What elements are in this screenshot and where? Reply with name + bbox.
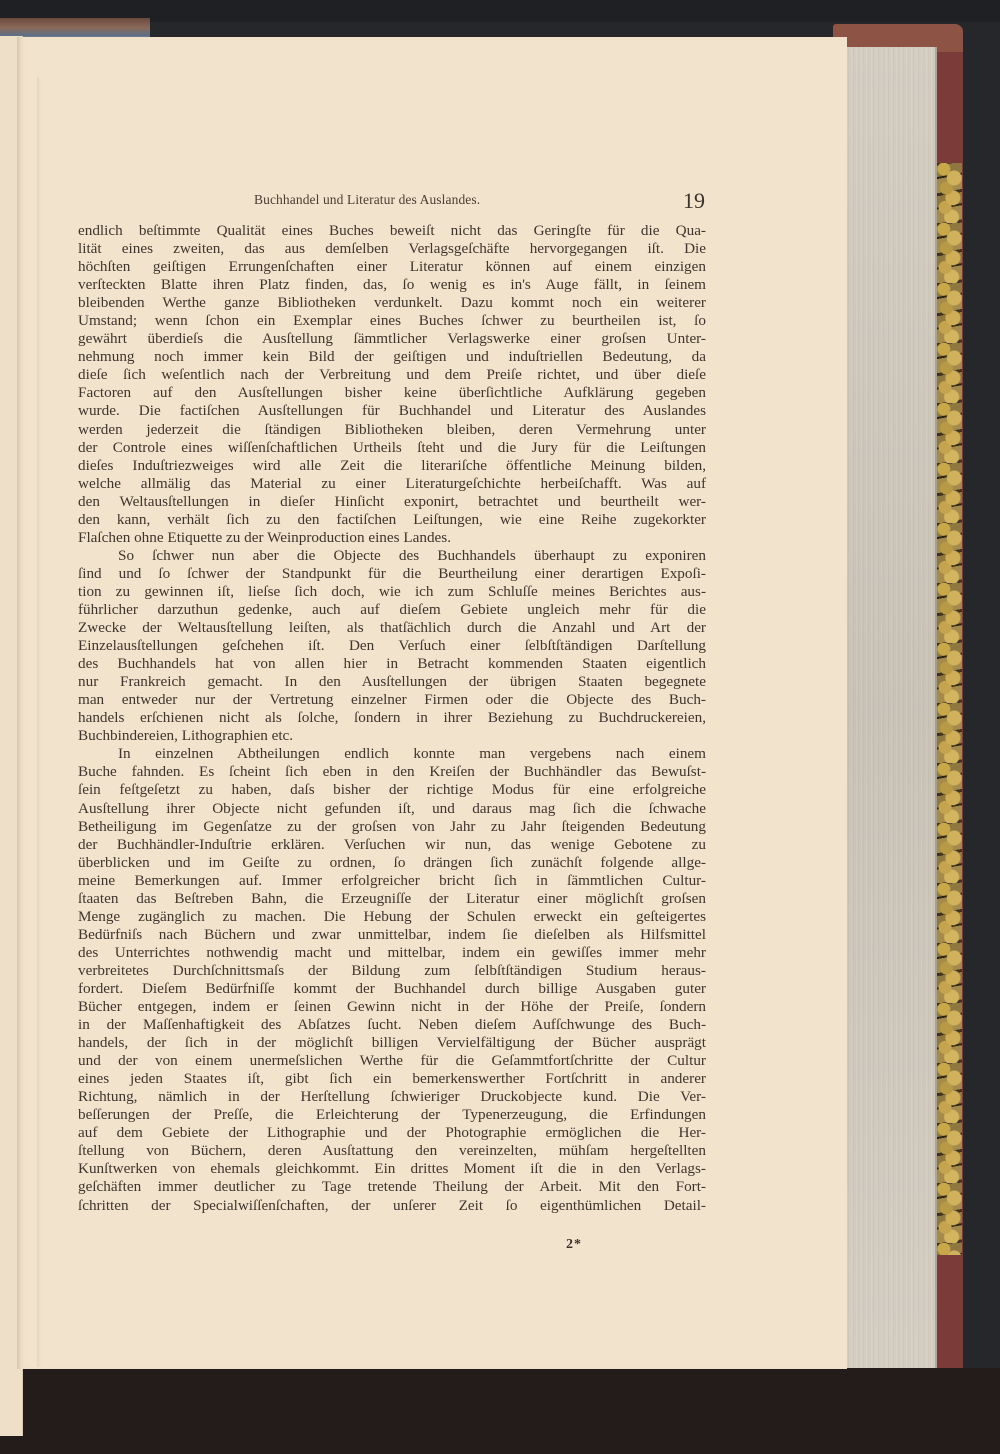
text-line: dieſe ſich weſentlich nach der Verbreitu… [78, 366, 706, 384]
scan-background-top [0, 0, 1000, 22]
text-line: ſind und ſo ſchwer der Standpunkt für di… [78, 565, 706, 583]
text-line: eines jeden Staates iſt, gibt ſich ein b… [78, 1070, 706, 1088]
text-line: höchſten geiſtigen Errungenſchaften eine… [78, 258, 706, 276]
text-line: beſſerungen der Preſſe, die Erleichterun… [78, 1106, 706, 1124]
text-line: des Unterrichtes nothwendig macht und mi… [78, 944, 706, 962]
text-line: Richtung, nämlich in der Herſtellung ſch… [78, 1088, 706, 1106]
paragraph: So ſchwer nun aber die Objecte des Buchh… [78, 547, 706, 746]
marbled-cover-paper [936, 163, 962, 1255]
text-line: So ſchwer nun aber die Objecte des Buchh… [78, 547, 706, 565]
text-line: in der Maſſenhaftigkeit des Abſatzes ſuc… [78, 1016, 706, 1034]
text-line: führlicher darzuthun gedenke, auch auf d… [78, 601, 706, 619]
text-line: werden jederzeit die ſtändigen Bibliothe… [78, 421, 706, 439]
text-line: dieſes Induſtriezweiges wird alle Zeit d… [78, 457, 706, 475]
text-line: Umstand; wenn ſchon ein Exemplar eines B… [78, 312, 706, 330]
text-line: überblicken und im Geiſte zu ordnen, ſo … [78, 854, 706, 872]
text-line: Bücher entgegen, indem er ſeinen Gewinn … [78, 998, 706, 1016]
text-line: des Buchhandels hat von allen hier in Be… [78, 655, 706, 673]
text-line: den Weltausſtellungen in dieſer Hinſicht… [78, 493, 706, 511]
running-head: Buchhandel und Literatur des Auslandes. [254, 192, 480, 208]
text-line: ſein feſtgeſetzt zu haben, daſs bisher d… [78, 781, 706, 799]
paragraph: endlich beſtimmte Qualität eines Buches … [78, 222, 706, 547]
text-line: welche allmälig das Material zu einer Li… [78, 475, 706, 493]
text-line: Flaſchen ohne Etiquette zu der Weinprodu… [78, 529, 706, 547]
text-line: lität eines zweiten, das aus demſelben V… [78, 240, 706, 258]
body-text: endlich beſtimmte Qualität eines Buches … [78, 222, 706, 1215]
text-line: Ausſtellung ihrer Objecte nicht gefunden… [78, 800, 706, 818]
page-number: 19 [683, 188, 705, 214]
signature-mark: 2* [566, 1237, 582, 1253]
text-line: tion zu gewinnen iſt, lieſse ſich doch, … [78, 583, 706, 601]
text-line: verſteckten Blatte ihren Platz finden, d… [78, 276, 706, 294]
text-line: Factoren auf den Ausſtellungen bisher ke… [78, 384, 706, 402]
text-line: gewährt überdieſs die Ausſtellung ſämmtl… [78, 330, 706, 348]
text-line: In einzelnen Abtheilungen endlich konnte… [78, 745, 706, 763]
text-line: ſtaaten das Beſtreben Bahn, die Erzeugni… [78, 890, 706, 908]
text-line: Betheiligung im Gegenſatze zu der groſse… [78, 818, 706, 836]
text-line: Einzelausſtellungen geſchehen iſt. Den V… [78, 637, 706, 655]
text-line: wurde. Die factiſchen Ausſtellungen für … [78, 402, 706, 420]
text-line: Buche fahnden. Es ſcheint ſich eben in d… [78, 763, 706, 781]
text-line: verbreitetes Durchſchnittsmaſs der Bildu… [78, 962, 706, 980]
text-line: fordert. Dieſem Bedürfniſſe kommt der Bu… [78, 980, 706, 998]
text-line: geſchäften immer deutlicher zu Tage tret… [78, 1178, 706, 1196]
text-line: der Controle eines wiſſenſchaftlichen Ur… [78, 439, 706, 457]
text-line: Kunſtwerken von ehemals gleichkommt. Ein… [78, 1160, 706, 1178]
text-line: auf dem Gebiete der Lithographie und der… [78, 1124, 706, 1142]
text-line: nehmung noch immer kein Bild der geiſtig… [78, 348, 706, 366]
text-line: ſchritten der Specialwiſſenſchaften, der… [78, 1197, 706, 1215]
text-line: meine Bemerkungen auf. Immer erfolgreich… [78, 872, 706, 890]
paragraph: In einzelnen Abtheilungen endlich konnte… [78, 745, 706, 1214]
text-line: endlich beſtimmte Qualität eines Buches … [78, 222, 706, 240]
text-line: handels, der ſich in der möglichſt billi… [78, 1034, 706, 1052]
text-line: handels erſchienen nicht als ſolche, ſon… [78, 709, 706, 727]
text-line: Menge zugänglich zu machen. Die Hebung d… [78, 908, 706, 926]
page-block-sheen [845, 47, 937, 1369]
text-line: nur Frankreich gemacht. In den Ausſtellu… [78, 673, 706, 691]
text-line: ſtellung von Büchern, deren Ausſtattung … [78, 1142, 706, 1160]
gutter-fold [37, 77, 41, 1367]
text-line: Buchbindereien, Lithographien etc. [78, 727, 706, 745]
text-line: Bedürfniſs nach Büchern und zwar unmitte… [78, 926, 706, 944]
text-line: bleibenden Werthe ganze Bibliotheken ver… [78, 294, 706, 312]
scan-background-bottom [0, 1368, 1000, 1454]
text-line: Zwecke der Weltausſtellung leiſten, als … [78, 619, 706, 637]
text-line: der Buchhändler-Induſtrie erklären. Verſ… [78, 836, 706, 854]
text-line: den kann, verhält ſich zu den factiſchen… [78, 511, 706, 529]
text-line: man entweder nur der Vertretung einzelne… [78, 691, 706, 709]
text-line: und der von einem unermeſslichen Werthe … [78, 1052, 706, 1070]
book-scan: Buchhandel und Literatur des Auslandes. … [0, 0, 1000, 1454]
